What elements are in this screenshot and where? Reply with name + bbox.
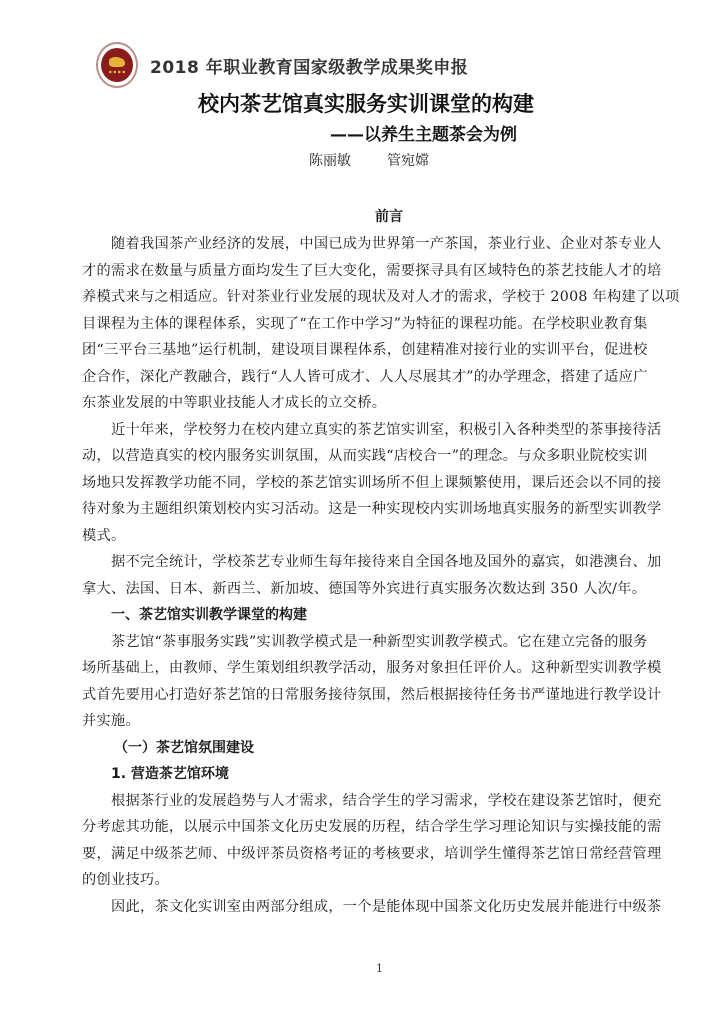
text-line: 才的需求在数量与质量方面均发生了巨大变化，需要探寻具有区域特色的茶艺技能人才的培 (82, 258, 672, 285)
text-line: 模式。 (82, 523, 672, 550)
paragraph: 近十年来，学校努力在校内建立真实的茶艺馆实训室，积极引入各种类型的茶事接待活 动… (82, 417, 672, 550)
text-line: 东茶业发展的中等职业技能人才成长的立交桥。 (82, 390, 672, 417)
paragraph: 随着我国茶产业经济的发展，中国已成为世界第一产茶国，茶业行业、企业对茶专业人 才… (82, 231, 672, 417)
text-line: 随着我国茶产业经济的发展，中国已成为世界第一产茶国，茶业行业、企业对茶专业人 (82, 231, 672, 258)
text-line: 的创业技巧。 (82, 867, 672, 894)
text-line: 场所基础上，由教师、学生策划组织教学活动，服务对象担任评价人。这种新型实训教学模 (82, 655, 672, 682)
stars-icon (108, 70, 126, 74)
text-line: 动，以营造真实的校内服务实训氛围，从而实践“店校合一”的理念。与众多职业院校实训 (82, 443, 672, 470)
author-name: 管宛嫦 (387, 153, 429, 169)
text-line: 并实施。 (82, 708, 672, 735)
paragraph: 茶艺馆“茶事服务实践”实训教学模式是一种新型实训教学模式。它在建立完备的服务 场… (82, 629, 672, 735)
text-line: 分考虑其功能，以展示中国茶文化历史发展的历程，结合学生学习理论知识与实操技能的需 (82, 814, 672, 841)
text-line: 场地只发挥教学功能不同，学校的茶艺馆实训场所不但上课频繁使用，课后还会以不同的接 (82, 470, 672, 497)
author-name: 陈丽敏 (309, 153, 351, 169)
text-line: 拿大、法国、日本、新西兰、新加坡、德国等外宾进行真实服务次数达到 350 人次/… (82, 576, 672, 603)
text-line: 养模式来与之相适应。针对茶业行业发展的现状及对人才的需求，学校于 2008 年构… (82, 284, 672, 311)
text-line: 式首先要用心打造好茶艺馆的日常服务接待氛围，然后根据接待任务书严谨地进行教学设计 (82, 682, 672, 709)
paragraph: 根据茶行业的发展趋势与人才需求，结合学生的学习需求，学校在建设茶艺馆时，便充 分… (82, 788, 672, 894)
text-line: 因此，茶文化实训室由两部分组成，一个是能体现中国茶文化历史发展并能进行中级茶 (82, 894, 672, 921)
school-emblem-icon (96, 42, 138, 88)
document-body: 前言 随着我国茶产业经济的发展，中国已成为世界第一产茶国，茶业行业、企业对茶专业… (82, 203, 672, 920)
document-subtitle: ——以养生主题茶会为例 (330, 120, 517, 145)
paragraph: 据不完全统计，学校茶艺专业师生每年接待来自全国各地及国外的嘉宾，如港澳台、加 拿… (82, 549, 672, 602)
header-title: 2018 年职业教育国家级教学成果奖申报 (150, 53, 468, 78)
text-line: 目课程为主体的课程体系，实现了“在工作中学习”为特征的课程功能。在学校职业教育集 (82, 311, 672, 338)
horse-icon (109, 57, 125, 67)
text-line: 根据茶行业的发展趋势与人才需求，结合学生的学习需求，学校在建设茶艺馆时，便充 (82, 788, 672, 815)
section-heading-preface: 前言 (106, 203, 672, 231)
text-line: 企合作，深化产教融合，践行“人人皆可成才、人人尽展其才”的办学理念，搭建了适应广 (82, 364, 672, 391)
authors: 陈丽敏管宛嫦 (309, 150, 429, 170)
subsection-heading: （一）茶艺馆氛围建设 (82, 735, 672, 762)
text-line: 据不完全统计，学校茶艺专业师生每年接待来自全国各地及国外的嘉宾，如港澳台、加 (82, 549, 672, 576)
document-header: 2018 年职业教育国家级教学成果奖申报 (96, 40, 468, 90)
paragraph: 因此，茶文化实训室由两部分组成，一个是能体现中国茶文化历史发展并能进行中级茶 (82, 894, 672, 921)
text-line: 茶艺馆“茶事服务实践”实训教学模式是一种新型实训教学模式。它在建立完备的服务 (82, 629, 672, 656)
text-line: 团“三平台三基地”运行机制，建设项目课程体系，创建精准对接行业的实训平台，促进校 (82, 337, 672, 364)
text-line: 要，满足中级茶艺师、中级评茶员资格考证的考核要求，培训学生懂得茶艺馆日常经营管理 (82, 841, 672, 868)
section-heading: 一、茶艺馆实训教学课堂的构建 (82, 602, 672, 629)
page-number: 1 (376, 962, 383, 975)
text-line: 近十年来，学校努力在校内建立真实的茶艺馆实训室，积极引入各种类型的茶事接待活 (82, 417, 672, 444)
text-line: 待对象为主题组织策划校内实习活动。这是一种实现校内实训场地真实服务的新型实训教学 (82, 496, 672, 523)
document-title: 校内茶艺馆真实服务实训课堂的构建 (0, 88, 724, 118)
item-heading: 1. 营造茶艺馆环境 (82, 761, 672, 788)
